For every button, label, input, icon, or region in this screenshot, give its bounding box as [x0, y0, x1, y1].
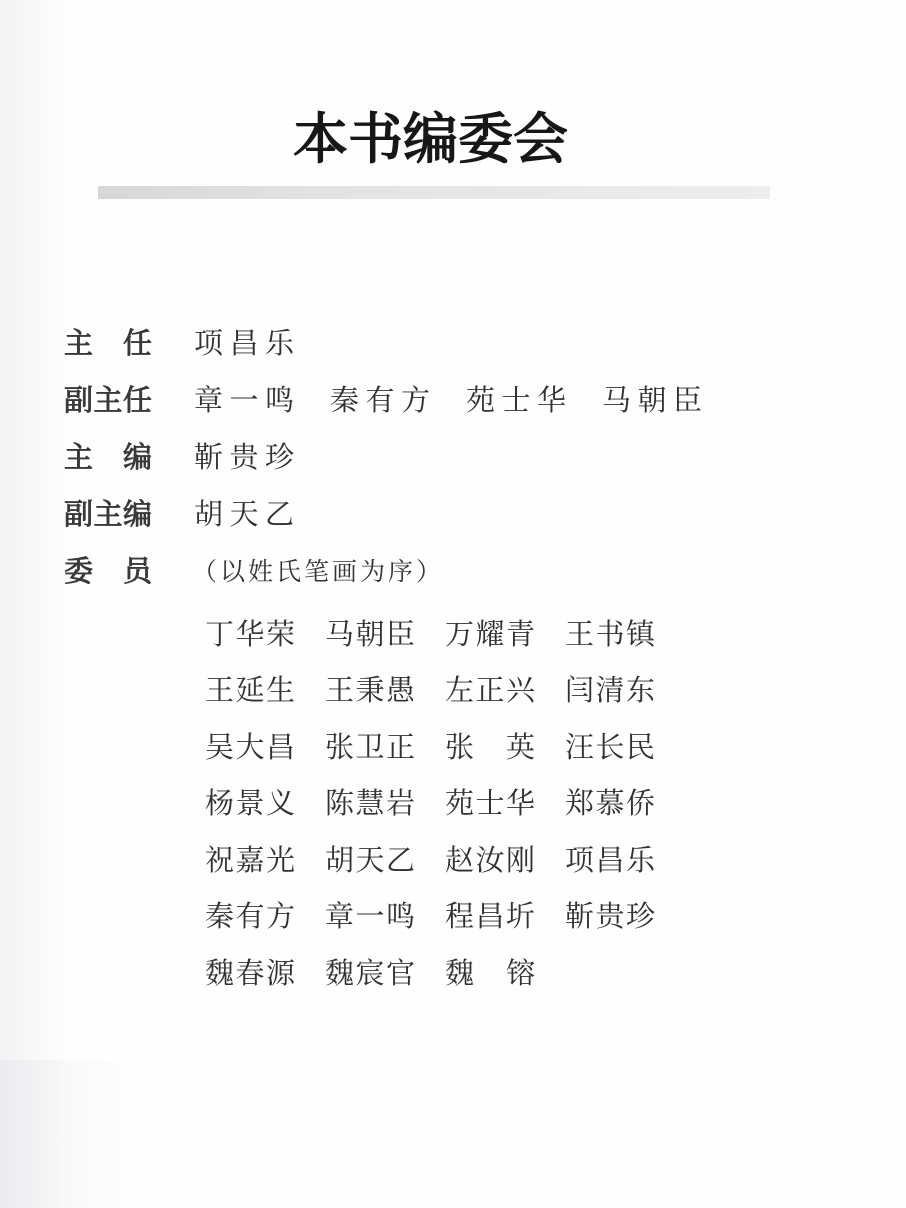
- person-name: 胡天乙: [194, 498, 294, 532]
- person-name: 左正兴: [445, 674, 535, 710]
- role-names-director: 项昌乐: [194, 327, 294, 361]
- member-row: 魏春源 魏宸官 魏 镕: [205, 957, 805, 993]
- members-ordering-note: （以姓氏笔画为序）: [192, 557, 444, 589]
- person-name: 程昌圻: [445, 900, 535, 936]
- page-title: 本书编委会: [293, 108, 575, 172]
- person-name: 祝嘉光: [205, 844, 295, 880]
- person-name: 章一鸣: [194, 384, 294, 418]
- scanned-book-page: 本书编委会 主 任 项昌乐 副主任 章一鸣 秦有方 苑士华 马朝臣 主 编 靳贵…: [0, 0, 906, 1208]
- person-name: 王延生: [205, 674, 295, 710]
- person-name: 项昌乐: [194, 327, 294, 361]
- scan-edge-shade: [0, 0, 70, 1208]
- person-name: 郑慕侨: [565, 787, 655, 823]
- person-name: 丁华荣: [205, 618, 295, 654]
- person-name: 苑士华: [466, 384, 566, 418]
- person-name: 万耀青: [445, 618, 535, 654]
- person-name: 王秉愚: [325, 674, 415, 710]
- person-name: 王书镇: [565, 618, 655, 654]
- person-name: 秦有方: [205, 900, 295, 936]
- person-name: 吴大昌: [205, 731, 295, 767]
- member-row: 秦有方 章一鸣 程昌圻 靳贵珍: [205, 900, 805, 936]
- role-label-director: 主 任: [64, 327, 152, 361]
- member-row: 祝嘉光 胡天乙 赵汝刚 项昌乐: [205, 844, 805, 880]
- person-name: 赵汝刚: [445, 844, 535, 880]
- person-name: 项昌乐: [565, 844, 655, 880]
- person-name: 魏春源: [205, 957, 295, 993]
- person-name: 魏宸官: [325, 957, 415, 993]
- member-row: 吴大昌 张卫正 张 英 汪长民: [205, 731, 805, 767]
- person-name: 魏 镕: [445, 957, 535, 993]
- person-name: 章一鸣: [325, 900, 415, 936]
- member-row: 杨景义 陈慧岩 苑士华 郑慕侨: [205, 787, 805, 823]
- member-row: 丁华荣 马朝臣 万耀青 王书镇: [205, 618, 805, 654]
- role-row-deputy-director: 副主任 章一鸣 秦有方 苑士华 马朝臣: [0, 384, 906, 420]
- member-row: 王延生 王秉愚 左正兴 闫清东: [205, 674, 805, 710]
- role-label-chief-editor: 主 编: [64, 441, 152, 475]
- role-label-committee-members: 委 员: [64, 555, 152, 589]
- person-name: 胡天乙: [325, 844, 415, 880]
- person-name: 靳贵珍: [194, 441, 294, 475]
- role-row-committee-members: 委 员 （以姓氏笔画为序）: [0, 555, 906, 591]
- person-name: 张卫正: [325, 731, 415, 767]
- role-names-deputy-director: 章一鸣 秦有方 苑士华 马朝臣: [194, 384, 702, 418]
- person-name: 苑士华: [445, 787, 535, 823]
- role-label-deputy-chief-editor: 副主编: [64, 498, 152, 532]
- person-name: 秦有方: [330, 384, 430, 418]
- role-names-deputy-chief-editor: 胡天乙: [194, 498, 294, 532]
- person-name: 马朝臣: [602, 384, 702, 418]
- person-name: 靳贵珍: [565, 900, 655, 936]
- title-divider: [98, 186, 770, 199]
- role-row-deputy-chief-editor: 副主编 胡天乙: [0, 498, 906, 534]
- person-name: 张 英: [445, 731, 535, 767]
- role-names-chief-editor: 靳贵珍: [194, 441, 294, 475]
- role-row-director: 主 任 项昌乐: [0, 327, 906, 363]
- person-name: 杨景义: [205, 787, 295, 823]
- scan-edge-shade-bottom: [0, 1060, 130, 1208]
- person-name: 马朝臣: [325, 618, 415, 654]
- person-name: 陈慧岩: [325, 787, 415, 823]
- person-name: 闫清东: [565, 674, 655, 710]
- role-label-deputy-director: 副主任: [64, 384, 152, 418]
- role-row-chief-editor: 主 编 靳贵珍: [0, 441, 906, 477]
- person-name: 汪长民: [565, 731, 655, 767]
